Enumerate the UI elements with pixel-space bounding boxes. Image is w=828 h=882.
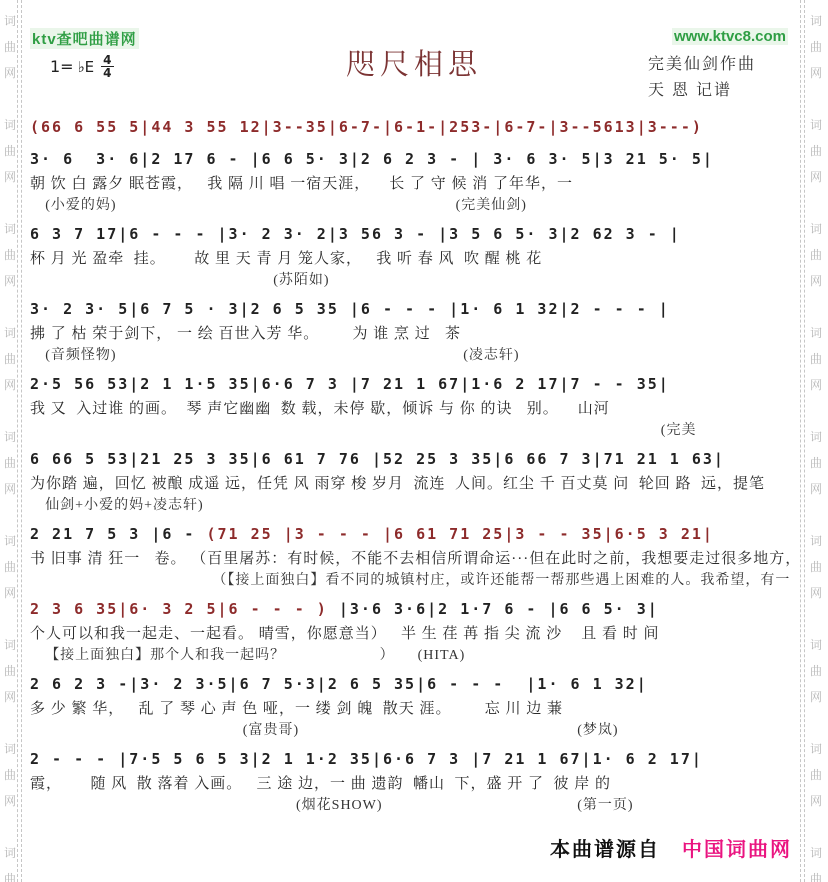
singer-annotation: （【接上面独白】看不同的城镇村庄，或许还能帮一帮那些遇上困难的人。我希望，有一 (212, 571, 790, 590)
notation-line: 2·5 56 53|2 1 1·5 35|6·6 7 3 |7 21 1 67|… (30, 371, 790, 397)
music-system: 6 66 5 53|21 25 3 35|6 61 7 76 |52 25 3 … (30, 446, 790, 515)
lyrics-line: 我 又 入过谁 的画。 琴 声它幽幽 数 载，未停 歇，倾诉 与 你 的诀 别。… (30, 397, 790, 421)
music-system: 2 - - - |7·5 5 6 5 3|2 1 1·2 35|6·6 7 3 … (30, 746, 790, 815)
transcriber-credit: 天 恩 记谱 (648, 78, 756, 104)
right-dashed-border (800, 0, 801, 882)
music-system: 6 3 7 17|6 - - - |3· 2 3· 2|3 56 3 - |3 … (30, 221, 790, 290)
notation-segment: (71 25 |3 - - - |6 61 71 25|3 - - 35|6·5… (207, 525, 714, 543)
singer-annotation: (凌志轩) (463, 346, 519, 365)
lyrics-line: 霞， 随 风 散 落着 入画。 三 途 边，一 曲 遗韵 幡山 下，盛 开 了 … (30, 772, 790, 796)
annotation-line: 仙剑+小爱的妈+凌志轩) (30, 496, 790, 515)
left-dashed-border (17, 0, 18, 882)
lyrics-line: 朝 饮 白 露夕 眠苍霞， 我 隔 川 唱 一宿天涯， 长 了 守 候 消 了年… (30, 172, 790, 196)
lyrics-line: 书 旧事 清 狂一 卷。 （百里屠苏：有时候，不能不去相信所谓命运···但在此时… (30, 547, 790, 571)
annotation-line: (完美 (30, 421, 790, 440)
annotation-line: (烟花SHOW)(第一页) (30, 796, 790, 815)
right-dashed-border-inner (804, 0, 805, 882)
lyrics-line: 杯 月 光 盈牵 挂。 故 里 天 青 月 笼人家， 我 听 春 风 吹 醒 桃… (30, 247, 790, 271)
notation-segment: 3· 6 3· 6|2 17 6 - |6 6 5· 3|2 6 2 3 - |… (30, 150, 714, 168)
singer-annotation: (第一页) (577, 796, 633, 815)
watermark-column-left: 词 曲 网 词 曲 网 词 曲 网 词 曲 网 词 曲 网 词 曲 网 词 曲 … (2, 8, 18, 882)
annotation-line: (音频怪物)(凌志轩) (30, 346, 790, 365)
notation-line: 2 - - - |7·5 5 6 5 3|2 1 1·2 35|6·6 7 3 … (30, 746, 790, 772)
notation-line: 2 3 6 35|6· 3 2 5|6 - - - ) |3·6 3·6|2 1… (30, 596, 790, 622)
notation-segment: 3· 2 3· 5|6 7 5 · 3|2 6 5 35 |6 - - - |1… (30, 300, 670, 318)
notation-segment: (66 6 55 5|44 3 55 12|3--35|6-7-|6-1-|25… (30, 118, 703, 136)
left-dashed-border-inner (21, 0, 22, 882)
annotation-line: 【接上面独白】那个人和我一起吗？）(HITA) (30, 646, 790, 665)
score-area: (66 6 55 5|44 3 55 12|3--35|6-7-|6-1-|25… (30, 114, 790, 821)
singer-annotation: ） (380, 646, 395, 665)
notation-line: 6 3 7 17|6 - - - |3· 2 3· 2|3 56 3 - |3 … (30, 221, 790, 247)
annotation-line: (富贵哥)(梦岚) (30, 721, 790, 740)
annotation-line: （【接上面独白】看不同的城镇村庄，或许还能帮一帮那些遇上困难的人。我希望，有一 (30, 571, 790, 590)
source-prefix-text: 本曲谱源自 (550, 839, 660, 861)
notation-segment: 2 - - - |7·5 5 6 5 3|2 1 1·2 35|6·6 7 3 … (30, 750, 703, 768)
music-system: 2 3 6 35|6· 3 2 5|6 - - - ) |3·6 3·6|2 1… (30, 596, 790, 665)
source-brand-link[interactable]: 中国词曲网 (682, 839, 792, 861)
annotation-line: (小爱的妈)(完美仙剑) (30, 196, 790, 215)
notation-line: 3· 6 3· 6|2 17 6 - |6 6 5· 3|2 6 2 3 - |… (30, 146, 790, 172)
music-system: 3· 6 3· 6|2 17 6 - |6 6 5· 3|2 6 2 3 - |… (30, 146, 790, 215)
music-system: 2·5 56 53|2 1 1·5 35|6·6 7 3 |7 21 1 67|… (30, 371, 790, 440)
music-system: (66 6 55 5|44 3 55 12|3--35|6-7-|6-1-|25… (30, 114, 790, 140)
notation-segment: 2 21 7 5 3 |6 - (30, 525, 207, 543)
music-system: 2 6 2 3 -|3· 2 3·5|6 7 5·3|2 6 5 35|6 - … (30, 671, 790, 740)
singer-annotation: (梦岚) (577, 721, 618, 740)
notation-line: 2 21 7 5 3 |6 - (71 25 |3 - - - |6 61 71… (30, 521, 790, 547)
singer-annotation: (苏陌如) (273, 271, 329, 290)
notation-segment: 2·5 56 53|2 1 1·5 35|6·6 7 3 |7 21 1 67|… (30, 375, 670, 393)
watermark-column-right: 词 曲 网 词 曲 网 词 曲 网 词 曲 网 词 曲 网 词 曲 网 词 曲 … (808, 8, 824, 882)
composer-credit: 完美仙剑作曲 (648, 52, 756, 78)
credits-block: 完美仙剑作曲 天 恩 记谱 (648, 52, 756, 104)
notation-line: 3· 2 3· 5|6 7 5 · 3|2 6 5 35 |6 - - - |1… (30, 296, 790, 322)
singer-annotation: (完美 (661, 421, 697, 440)
lyrics-line: 多 少 繁 华， 乱 了 琴 心 声 色 哑，一 缕 剑 魄 散天 涯。 忘 川… (30, 697, 790, 721)
notation-segment: 2 6 2 3 -|3· 2 3·5|6 7 5·3|2 6 5 35|6 - … (30, 675, 648, 693)
singer-annotation: (完美仙剑) (456, 196, 527, 215)
notation-line: 6 66 5 53|21 25 3 35|6 61 7 76 |52 25 3 … (30, 446, 790, 472)
notation-segment: 6 66 5 53|21 25 3 35|6 61 7 76 |52 25 3 … (30, 450, 725, 468)
notation-segment: |3·6 3·6|2 1·7 6 - |6 6 5· 3| (328, 600, 659, 618)
music-system: 3· 2 3· 5|6 7 5 · 3|2 6 5 35 |6 - - - |1… (30, 296, 790, 365)
singer-annotation: (HITA) (418, 646, 466, 665)
singer-annotation: (富贵哥) (243, 721, 299, 740)
notation-line: 2 6 2 3 -|3· 2 3·5|6 7 5·3|2 6 5 35|6 - … (30, 671, 790, 697)
singer-annotation: 仙剑+小爱的妈+凌志轩) (45, 496, 203, 515)
lyrics-line: 个人可以和我一起走、一起看。 晴雪，你愿意当） 半 生 荏 苒 指 尖 流 沙 … (30, 622, 790, 646)
source-footer: 本曲谱源自中国词曲网 (550, 833, 792, 862)
music-system: 2 21 7 5 3 |6 - (71 25 |3 - - - |6 61 71… (30, 521, 790, 590)
singer-annotation: (音频怪物) (45, 346, 116, 365)
singer-annotation: (小爱的妈) (45, 196, 116, 215)
lyrics-line: 为你踏 遍，回忆 被酿 成遥 远，任凭 风 雨穿 梭 岁月 流连 人间。红尘 千… (30, 472, 790, 496)
lyrics-line: 拂 了 枯 荣于剑下， 一 绘 百世入芳 华。 为 谁 烹 过 茶 (30, 322, 790, 346)
notation-line: (66 6 55 5|44 3 55 12|3--35|6-7-|6-1-|25… (30, 114, 790, 140)
singer-annotation: 【接上面独白】那个人和我一起吗？ (45, 646, 285, 665)
annotation-line: (苏陌如) (30, 271, 790, 290)
singer-annotation: (烟花SHOW) (296, 796, 383, 815)
notation-segment: 2 3 6 35|6· 3 2 5|6 - - - ) (30, 600, 328, 618)
notation-segment: 6 3 7 17|6 - - - |3· 2 3· 2|3 56 3 - |3 … (30, 225, 681, 243)
